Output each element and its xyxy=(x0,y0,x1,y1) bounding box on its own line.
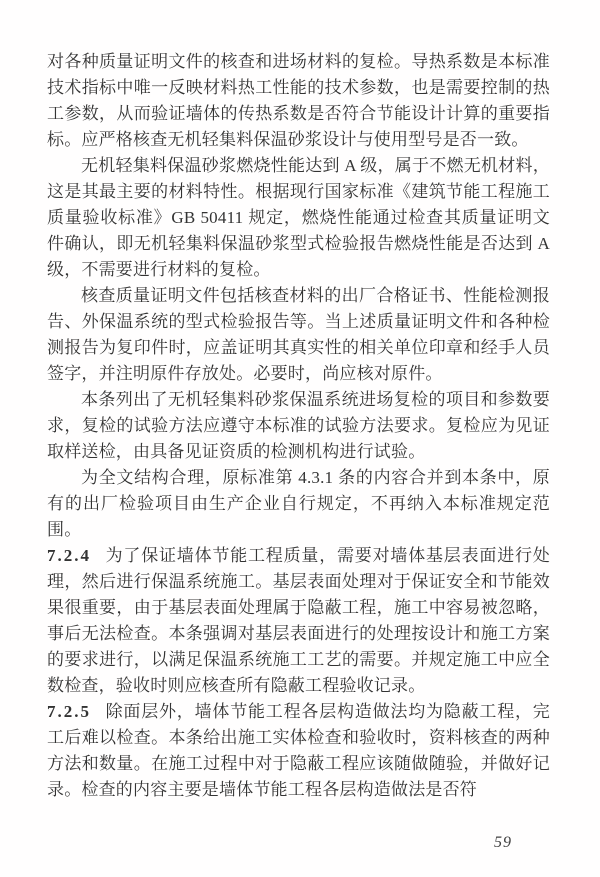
clause-number: 7.2.4 xyxy=(47,546,91,565)
paragraph: 核查质量证明文件包括核查材料的出厂合格证书、性能检测报告、外保温系统的型式检验报… xyxy=(47,283,550,387)
paragraph: 无机轻集料保温砂浆燃烧性能达到 A 级，属于不燃无机材料，这是其最主要的材料特性… xyxy=(47,153,550,283)
clause-text: 除面层外，墙体节能工程各层构造做法均为隐蔽工程，完工后难以检查。本条给出施工实体… xyxy=(47,702,550,799)
paragraph-continuation: 对各种质量证明文件的核查和进场材料的复检。导热系数是本标准技术指标中唯一反映材料… xyxy=(47,49,550,153)
paragraph: 本条列出了无机轻集料砂浆保温系统进场复检的项目和参数要求，复检的试验方法应遵守本… xyxy=(47,387,550,465)
page-number: 59 xyxy=(494,834,512,852)
text-block: 对各种质量证明文件的核查和进场材料的复检。导热系数是本标准技术指标中唯一反映材料… xyxy=(47,49,550,803)
clause-number: 7.2.5 xyxy=(47,702,91,721)
paragraph: 为全文结构合理，原标准第 4.3.1 条的内容合并到本条中，原有的出厂检验项目由… xyxy=(47,465,550,543)
document-page: 对各种质量证明文件的核查和进场材料的复检。导热系数是本标准技术指标中唯一反映材料… xyxy=(0,0,600,877)
clause-paragraph-724: 7.2.4为了保证墙体节能工程质量，需要对墙体基层表面进行处理，然后进行保温系统… xyxy=(47,543,550,699)
clause-text: 为了保证墙体节能工程质量，需要对墙体基层表面进行处理，然后进行保温系统施工。基层… xyxy=(47,546,550,695)
clause-paragraph-725: 7.2.5除面层外，墙体节能工程各层构造做法均为隐蔽工程，完工后难以检查。本条给… xyxy=(47,699,550,803)
